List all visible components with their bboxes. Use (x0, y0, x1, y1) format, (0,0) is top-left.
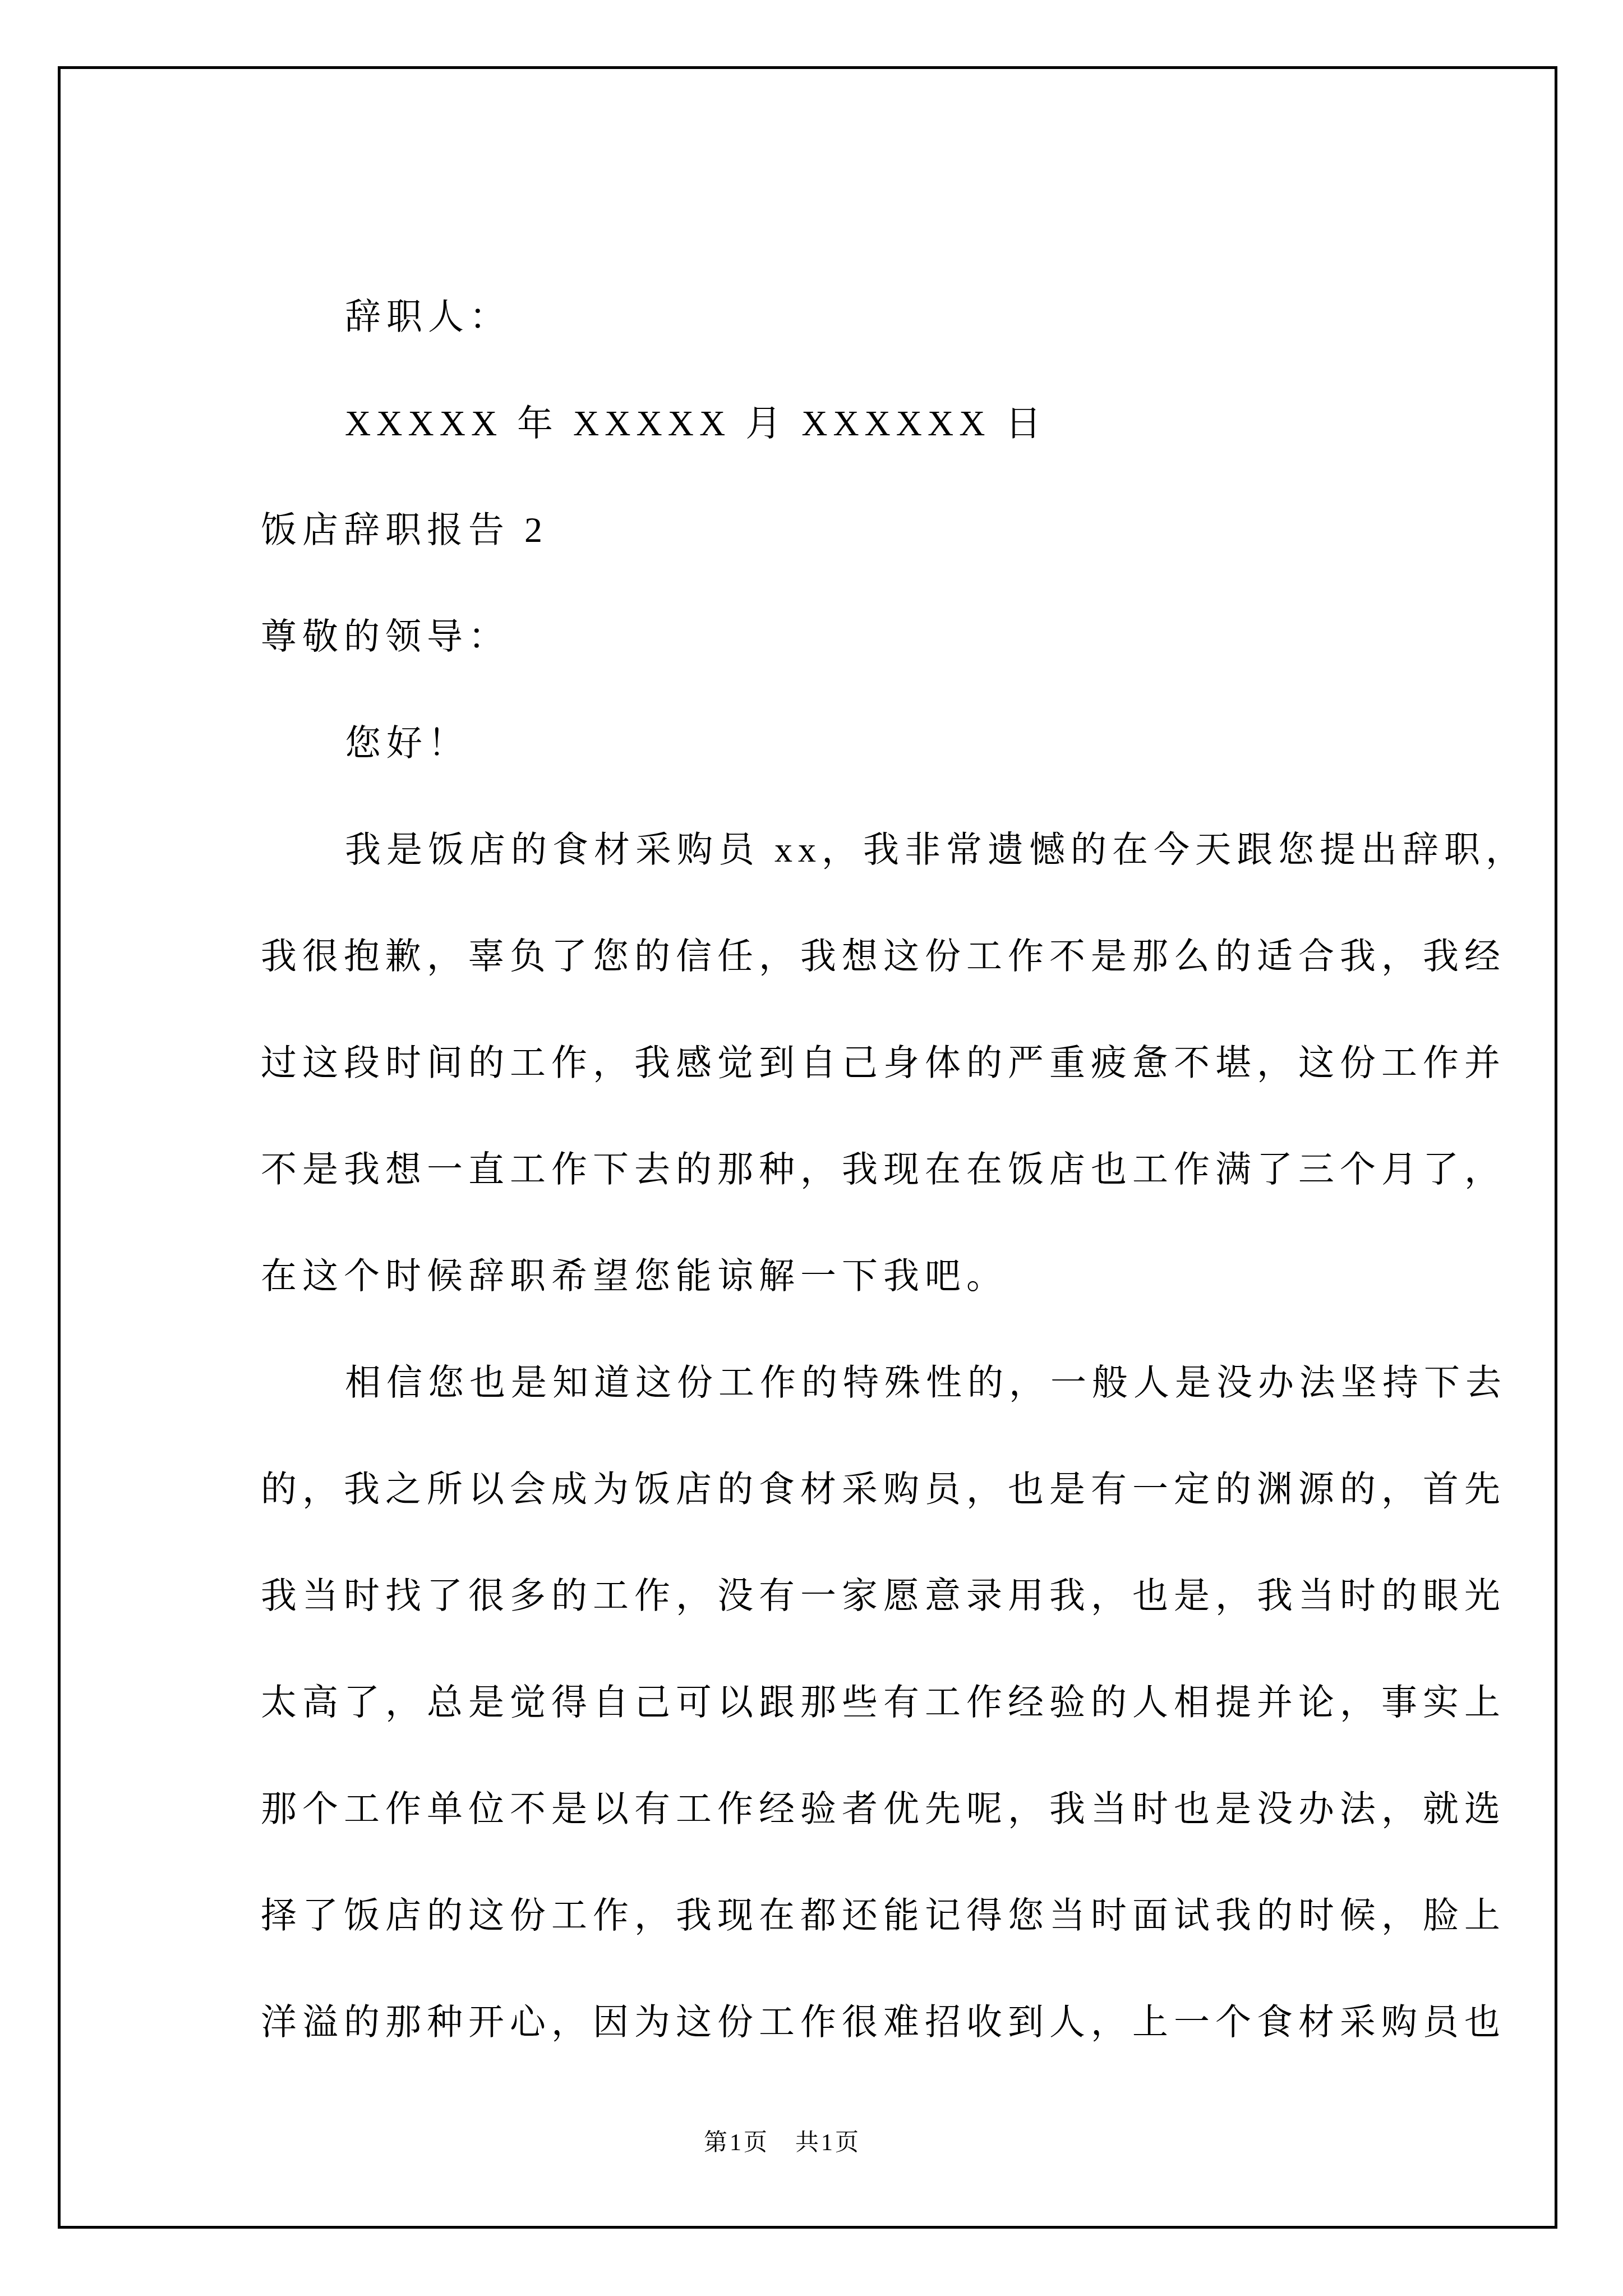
section-title: 饭店辞职报告 2 (261, 477, 1545, 583)
paragraph-line: 不是我想一直工作下去的那种，我现在在饭店也工作满了三个月了， (261, 1116, 1545, 1223)
salutation: 尊敬的领导： (261, 583, 1545, 690)
paragraph-line: 那个工作单位不是以有工作经验者优先呢，我当时也是没办法，就选 (261, 1756, 1545, 1862)
paragraph-line: 相信您也是知道这份工作的特殊性的，一般人是没办法坚持下去 (345, 1329, 1623, 1436)
paragraph-line: 我当时找了很多的工作，没有一家愿意录用我，也是，我当时的眼光 (261, 1543, 1545, 1649)
paragraph-line: 太高了，总是觉得自己可以跟那些有工作经验的人相提并论，事实上 (261, 1649, 1545, 1756)
page-frame: 辞职人： XXXXX 年 XXXXX 月 XXXXXX 日 饭店辞职报告 2 尊… (58, 66, 1557, 2229)
paragraph-line: 的，我之所以会成为饭店的食材采购员，也是有一定的渊源的，首先 (261, 1436, 1545, 1543)
greeting-line: 您好！ (345, 690, 1623, 797)
paragraph-line: 我很抱歉，辜负了您的信任，我想这份工作不是那么的适合我，我经 (261, 903, 1545, 1010)
paragraph-line: 洋溢的那种开心，因为这份工作很难招收到人，上一个食材采购员也 (261, 1969, 1545, 2076)
paragraph-line: 择了饭店的这份工作，我现在都还能记得您当时面试我的时候，脸上 (261, 1862, 1545, 1969)
signature-line: 辞职人： (345, 264, 1623, 370)
paragraph-line: 过这段时间的工作，我感觉到自己身体的严重疲惫不堪，这份工作并 (261, 1010, 1545, 1116)
paragraph-line: 我是饭店的食材采购员 xx，我非常遗憾的在今天跟您提出辞职， (345, 797, 1623, 903)
paragraph-line: 在这个时候辞职希望您能谅解一下我吧。 (261, 1223, 1545, 1329)
page-number-footer: 第1页 共1页 (704, 2126, 861, 2160)
date-line: XXXXX 年 XXXXX 月 XXXXXX 日 (345, 370, 1623, 477)
